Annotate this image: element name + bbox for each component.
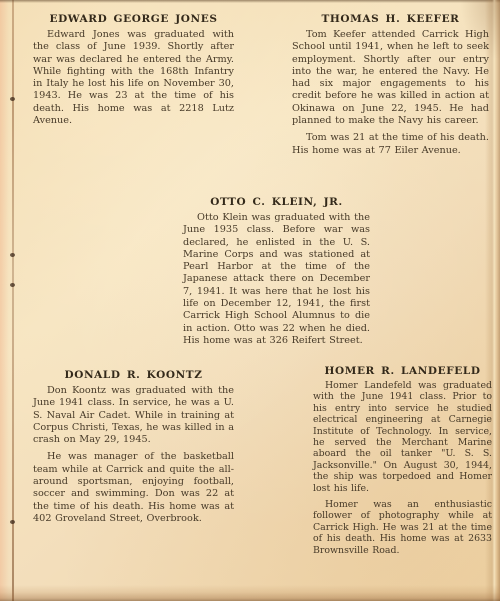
entry-heading: HOMER R. LANDEFELD (313, 365, 492, 377)
entry-paragraph: Homer was an enthusiastic follower of ph… (313, 499, 492, 556)
entry-paragraph: Otto Klein was graduated with the June 1… (183, 212, 370, 347)
page-gutter-crease (12, 0, 14, 601)
entry-paragraph: He was manager of the basketball team wh… (33, 451, 234, 525)
entry-paragraph: Edward Jones was graduated with the clas… (33, 29, 234, 127)
memorial-entry-koontz: DONALD R. KOONTZ Don Koontz was graduate… (33, 369, 234, 525)
scanned-memorial-book-page: EDWARD GEORGE JONES Edward Jones was gra… (0, 0, 500, 601)
page-edge-top (0, 0, 500, 3)
entry-heading: DONALD R. KOONTZ (33, 369, 234, 381)
entry-paragraph: Tom was 21 at the time of his death. His… (292, 132, 489, 157)
memorial-entry-jones: EDWARD GEORGE JONES Edward Jones was gra… (33, 13, 234, 127)
binding-stitch (10, 253, 15, 257)
book-binding-edge (0, 0, 9, 601)
memorial-entry-landefeld: HOMER R. LANDEFELD Homer Landefeld was g… (313, 365, 492, 556)
binding-stitch (10, 283, 15, 287)
page-edge-bottom (0, 585, 500, 601)
entry-heading: THOMAS H. KEEFER (292, 13, 489, 25)
entry-paragraph: Tom Keefer attended Carrick High School … (292, 29, 489, 127)
entry-paragraph: Homer Landefeld was graduated with the J… (313, 380, 492, 494)
entry-paragraph: Don Koontz was graduated with the June 1… (33, 385, 234, 446)
entry-heading: OTTO C. KLEIN, JR. (183, 196, 370, 208)
memorial-entry-keefer: THOMAS H. KEEFER Tom Keefer attended Car… (292, 13, 489, 157)
memorial-entry-klein: OTTO C. KLEIN, JR. Otto Klein was gradua… (183, 196, 370, 347)
entry-heading: EDWARD GEORGE JONES (33, 13, 234, 25)
binding-stitch (10, 520, 15, 524)
binding-stitch (10, 97, 15, 101)
